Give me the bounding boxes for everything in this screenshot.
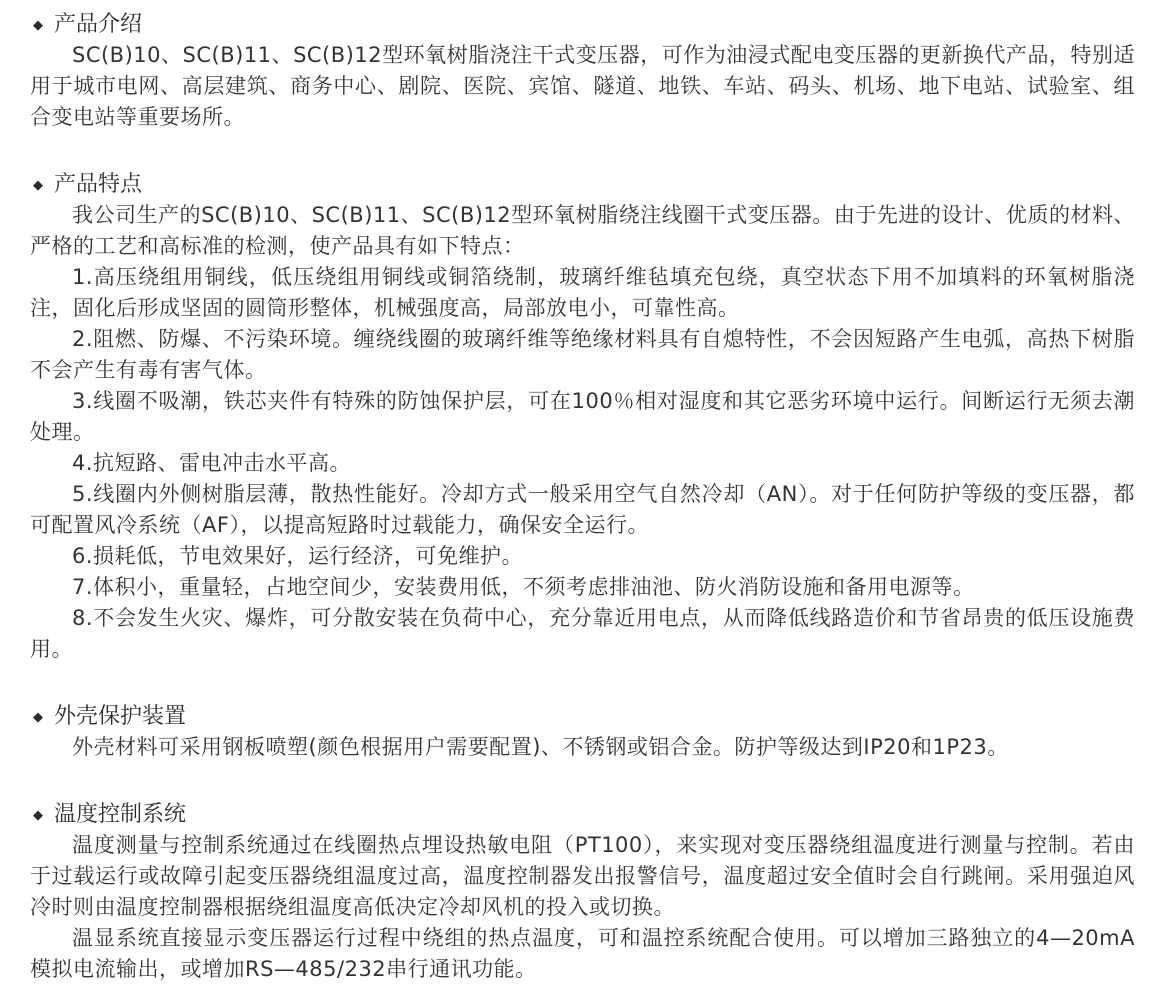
feature-item-5: 5.线圈内外侧树脂层薄，散热性能好。冷却方式一般采用空气自然冷却（AN）。对于任… [30,479,1135,541]
feature-item-2: 2.阻燃、防爆、不污染环境。缠绕线圈的玻璃纤维等绝缘材料具有自熄特性，不会因短路… [30,324,1135,386]
paragraph: 温度测量与控制系统通过在线圈热点埋设热敏电阻（PT100），来实现对变压器绕组温… [30,830,1135,923]
diamond-bullet-icon: ◆ [33,702,43,733]
section-heading: ◆ 产品介绍 [30,9,1135,40]
section-title: 产品特点 [54,169,142,200]
section-product-intro: ◆ 产品介绍 SC(B)10、SC(B)11、SC(B)12型环氧树脂浇注干式变… [30,9,1135,133]
feature-item-1: 1.高压绕组用铜线，低压绕组用铜线或铜箔绕制，玻璃纤维毡填充包绕，真空状态下用不… [30,262,1135,324]
section-enclosure-protection: ◆ 外壳保护装置 外壳材料可采用钢板喷塑(颜色根据用户需要配置)、不锈钢或铝合金… [30,701,1135,763]
diamond-bullet-icon: ◆ [33,800,43,831]
document-page: ◆ 产品介绍 SC(B)10、SC(B)11、SC(B)12型环氧树脂浇注干式变… [0,0,1175,1002]
paragraph: SC(B)10、SC(B)11、SC(B)12型环氧树脂浇注干式变压器，可作为油… [30,40,1135,133]
section-heading: ◆ 产品特点 [30,169,1135,200]
section-title: 温度控制系统 [54,799,186,830]
feature-item-3: 3.线圈不吸潮，铁芯夹件有特殊的防蚀保护层，可在100％相对湿度和其它恶劣环境中… [30,386,1135,448]
diamond-bullet-icon: ◆ [33,10,43,41]
paragraph: 我公司生产的SC(B)10、SC(B)11、SC(B)12型环氧树脂绕注线圈干式… [30,200,1135,262]
paragraph: 温显系统直接显示变压器运行过程中绕组的热点温度，可和温控系统配合使用。可以增加三… [30,923,1135,985]
section-heading: ◆ 温度控制系统 [30,799,1135,830]
paragraph: 外壳材料可采用钢板喷塑(颜色根据用户需要配置)、不锈钢或铝合金。防护等级达到IP… [30,732,1135,763]
section-title: 外壳保护装置 [54,701,186,732]
diamond-bullet-icon: ◆ [33,170,43,201]
feature-item-7: 7.体积小，重量轻，占地空间少，安装费用低，不须考虑排油池、防火消防设施和备用电… [30,572,1135,603]
section-title: 产品介绍 [54,9,142,40]
feature-item-4: 4.抗短路、雷电冲击水平高。 [30,448,1135,479]
feature-item-8: 8.不会发生火灾、爆炸，可分散安装在负荷中心，充分靠近用电点，从而降低线路造价和… [30,603,1135,665]
section-temperature-control: ◆ 温度控制系统 温度测量与控制系统通过在线圈热点埋设热敏电阻（PT100），来… [30,799,1135,985]
section-product-features: ◆ 产品特点 我公司生产的SC(B)10、SC(B)11、SC(B)12型环氧树… [30,169,1135,665]
feature-item-6: 6.损耗低，节电效果好，运行经济，可免维护。 [30,541,1135,572]
section-heading: ◆ 外壳保护装置 [30,701,1135,732]
